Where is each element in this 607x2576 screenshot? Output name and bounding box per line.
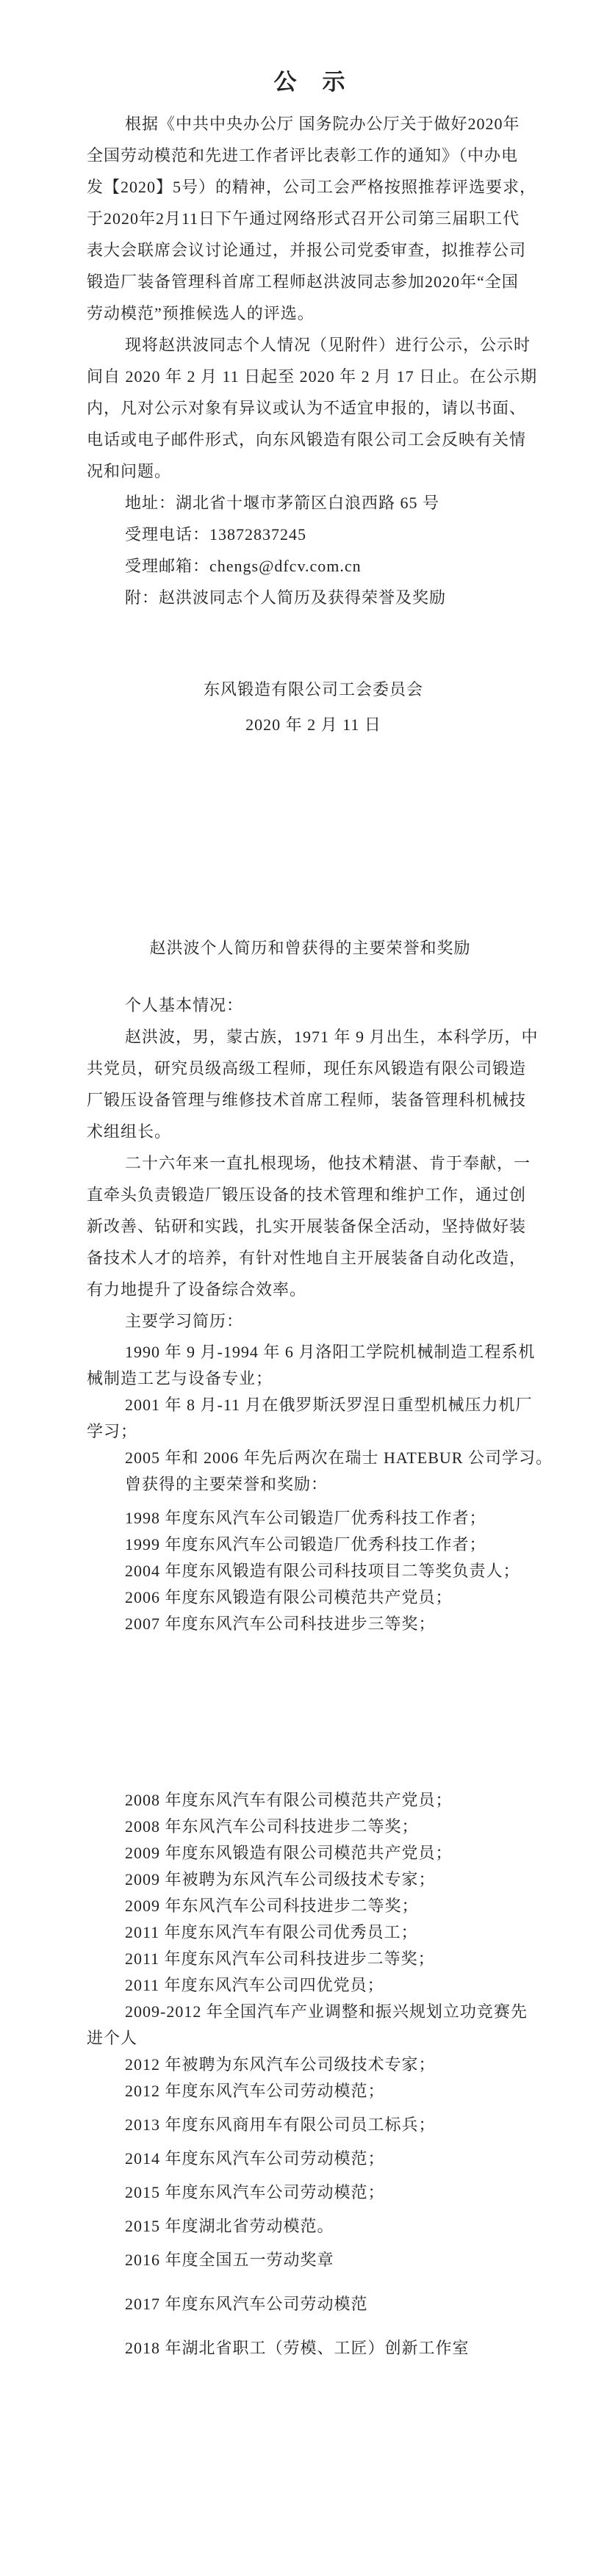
body-line: 发【2020】5号）的精神，公司工会严格按照推荐评选要求，	[87, 171, 534, 203]
body-line: 内，凡对公示对象有异议或认为不适宜申报的，请以书面、	[87, 392, 534, 424]
scanned-announcement-document: { "colors": { "background": "#ffffff", "…	[0, 0, 607, 2576]
signature-org: 东风锻造有限公司工会委员会	[204, 672, 423, 707]
education-line: 2005 年和 2006 年先后两次在瑞士 HATEBUR 公司学习。	[87, 1445, 534, 1471]
education-line: 械制造工艺与设备专业；	[87, 1365, 534, 1392]
page-3: 2008 年度东风汽车有限公司模范共产党员； 2008 年东风汽车公司科技进步二…	[0, 1717, 607, 2576]
page-2-content: 赵洪波个人简历和曾获得的主要荣誉和奖励 个人基本情况： 赵洪波，男，蒙古族，19…	[0, 932, 607, 1637]
section-heading-line: 主要学习简历：	[87, 1305, 534, 1337]
award-line: 2004 年度东风锻造有限公司科技项目二等奖负责人；	[87, 1558, 534, 1584]
body-line: 备技术人才的培养，有针对性地自主开展装备自动化改造，	[87, 1242, 534, 1274]
section-heading-line: 个人基本情况：	[87, 989, 534, 1021]
signature-date: 2020 年 2 月 11 日	[204, 707, 423, 743]
attachment-note-line: 附：赵洪波同志个人简历及获得荣誉及奖励	[87, 582, 534, 613]
award-line: 2008 年度东风汽车有限公司模范共产党员；	[87, 1787, 534, 1814]
body-line: 况和问题。	[87, 455, 534, 487]
award-line: 2009 年被聘为东风汽车公司级技术专家；	[87, 1866, 534, 1893]
body-line: 表大会联席会议讨论通过，并报公司党委审查，拟推荐公司	[87, 234, 534, 266]
address-line: 地址：湖北省十堰市茅箭区白浪西路 65 号	[87, 487, 534, 519]
body-line: 劳动模范”预推候选人的评选。	[87, 297, 534, 329]
award-line: 2009 年东风汽车公司科技进步二等奖；	[87, 1893, 534, 1919]
body-line: 术组组长。	[87, 1116, 534, 1147]
award-line: 2015 年度东风汽车公司劳动模范；	[87, 2179, 534, 2206]
phone-line: 受理电话：13872837245	[87, 519, 534, 550]
body-line: 赵洪波，男，蒙古族，1971 年 9 月出生，本科学历，中	[87, 1021, 534, 1053]
education-line: 学习；	[87, 1418, 534, 1445]
award-line-continuation: 进个人	[87, 2025, 534, 2052]
award-line: 2007 年度东风汽车公司科技进步三等奖；	[87, 1611, 534, 1637]
body-line: 直牵头负责锻造厂锻压设备的技术管理和维护工作，通过创	[87, 1179, 534, 1211]
award-line: 2017 年度东风汽车公司劳动模范	[87, 2291, 534, 2317]
body-line: 新改善、钻研和实践，扎实开展装备保全活动，坚持做好装	[87, 1211, 534, 1242]
announcement-title: 公 示	[87, 68, 534, 97]
award-line: 2012 年度东风汽车公司劳动模范；	[87, 2078, 534, 2104]
award-line: 2011 年度东风汽车有限公司优秀员工；	[87, 1919, 534, 1946]
award-line: 2006 年度东风锻造有限公司模范共产党员；	[87, 1584, 534, 1611]
award-line: 2016 年度全国五一劳动奖章	[87, 2247, 534, 2273]
award-line: 2014 年度东风汽车公司劳动模范；	[87, 2146, 534, 2172]
award-line: 2012 年被聘为东风汽车公司级技术专家；	[87, 2052, 534, 2078]
page-2: 赵洪波个人简历和曾获得的主要荣誉和奖励 个人基本情况： 赵洪波，男，蒙古族，19…	[0, 859, 607, 1717]
body-line: 根据《中共中央办公厅 国务院办公厅关于做好2020年	[87, 108, 534, 140]
body-line: 共党员，研究员级高级工程师，现任东风锻造有限公司锻造	[87, 1053, 534, 1084]
education-line: 2001 年 8 月-11 月在俄罗斯沃罗涅日重型机械压力机厂	[87, 1392, 534, 1418]
body-line: 间自 2020 年 2 月 11 日起至 2020 年 2 月 17 日止。在公…	[87, 361, 534, 392]
award-line: 2013 年度东风商用车有限公司员工标兵；	[87, 2112, 534, 2138]
body-line: 厂锻压设备管理与维修技术首席工程师，装备管理科机械技	[87, 1084, 534, 1116]
award-line: 2009-2012 年全国汽车产业调整和振兴规划立功竞赛先	[87, 1999, 534, 2025]
body-line: 二十六年来一直扎根现场，他技术精湛、肯于奉献，一	[87, 1147, 534, 1179]
education-line: 1990 年 9 月-1994 年 6 月洛阳工学院机械制造工程系机	[87, 1339, 534, 1365]
award-line: 1998 年度东风汽车公司锻造厂优秀科技工作者；	[87, 1505, 534, 1531]
body-line: 电话或电子邮件形式，向东风锻造有限公司工会反映有关情	[87, 424, 534, 455]
award-line: 2009 年度东风锻造有限公司模范共产党员；	[87, 1840, 534, 1866]
award-line: 2011 年度东风汽车公司科技进步二等奖；	[87, 1946, 534, 1972]
signature-block: 东风锻造有限公司工会委员会 2020 年 2 月 11 日	[204, 672, 423, 743]
award-line: 2008 年东风汽车公司科技进步二等奖；	[87, 1814, 534, 1840]
attachment-title: 赵洪波个人简历和曾获得的主要荣誉和奖励	[87, 932, 534, 964]
page-3-content: 2008 年度东风汽车有限公司模范共产党员； 2008 年东风汽车公司科技进步二…	[0, 1717, 607, 2362]
page-1: 公 示 根据《中共中央办公厅 国务院办公厅关于做好2020年 全国劳动模范和先进…	[0, 0, 607, 859]
email-line: 受理邮箱：chengs@dfcv.com.cn	[87, 550, 534, 582]
award-line: 2018 年湖北省职工（劳模、工匠）创新工作室	[87, 2335, 534, 2362]
body-line: 于2020年2月11日下午通过网络形式召开公司第三届职工代	[87, 203, 534, 234]
award-line: 1999 年度东风汽车公司锻造厂优秀科技工作者；	[87, 1531, 534, 1558]
body-line: 现将赵洪波同志个人情况（见附件）进行公示，公示时	[87, 329, 534, 361]
body-line: 锻造厂装备管理科首席工程师赵洪波同志参加2020年“全国	[87, 266, 534, 297]
body-line: 有力地提升了设备综合效率。	[87, 1274, 534, 1305]
award-line: 2015 年度湖北省劳动模范。	[87, 2213, 534, 2240]
award-line: 2011 年度东风汽车公司四优党员；	[87, 1972, 534, 1999]
body-line: 全国劳动模范和先进工作者评比表彰工作的通知》（中办电	[87, 140, 534, 171]
page-1-content: 公 示 根据《中共中央办公厅 国务院办公厅关于做好2020年 全国劳动模范和先进…	[0, 68, 607, 743]
section-heading-line: 曾获得的主要荣誉和奖励：	[87, 1471, 534, 1498]
